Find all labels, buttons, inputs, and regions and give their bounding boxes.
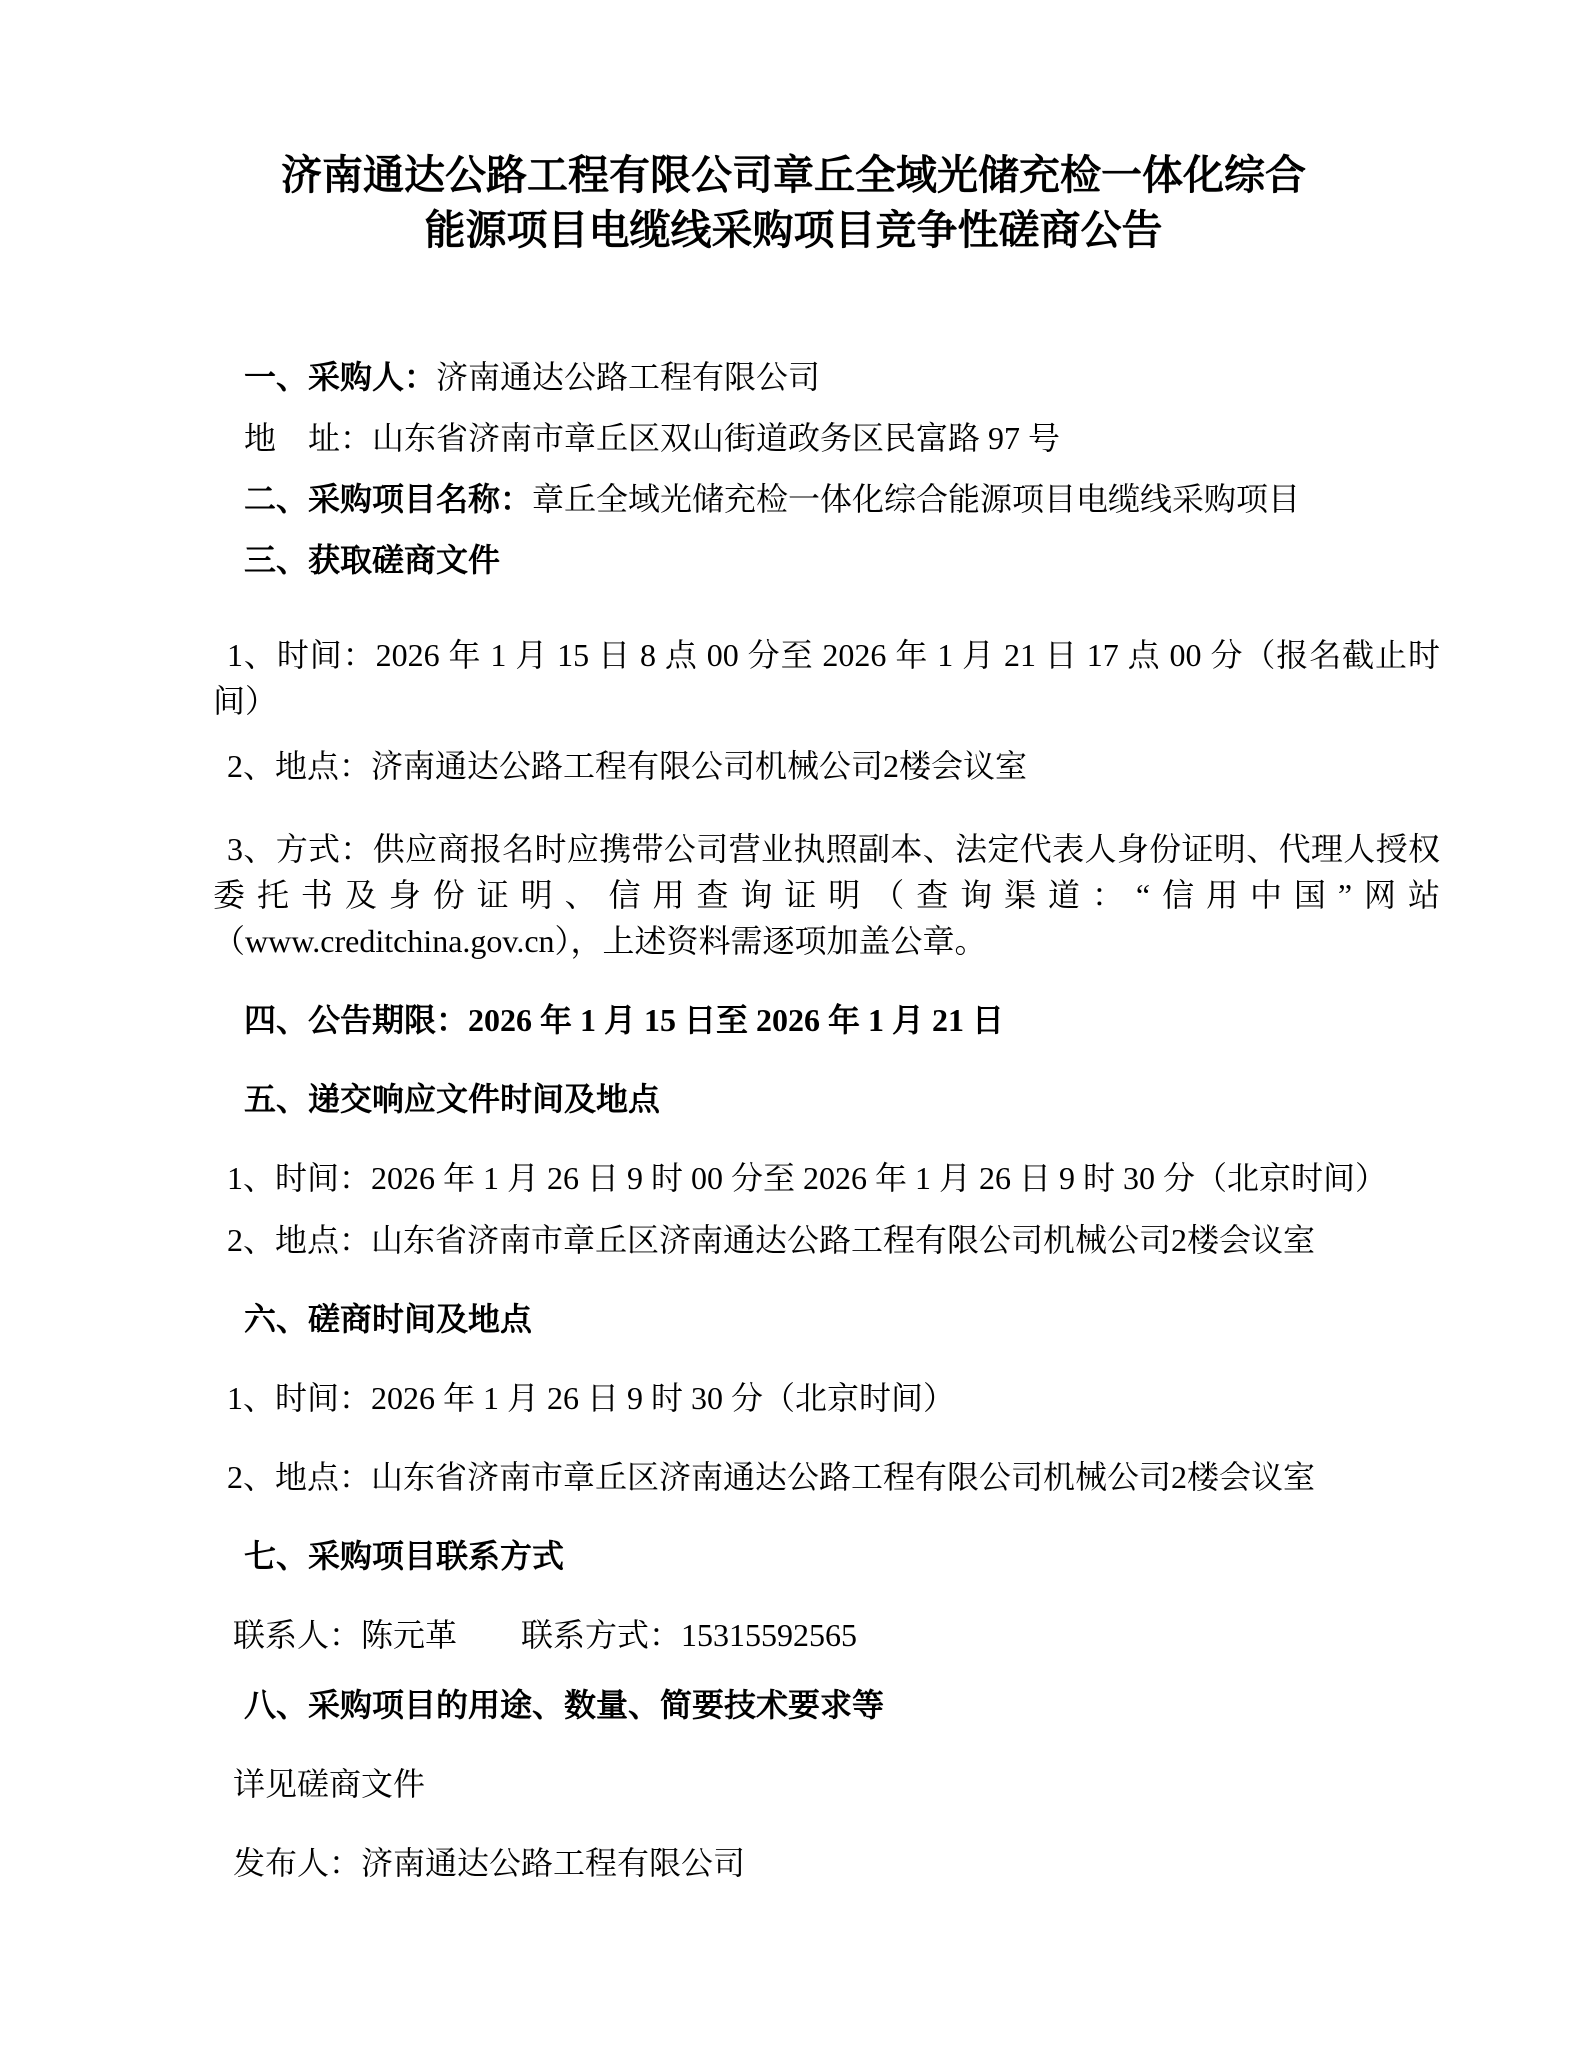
document-title-line1: 济南通达公路工程有限公司章丘全域光储充检一体化综合 — [0, 148, 1587, 203]
obtain-method-line: 3、方式：供应商报名时应携带公司营业执照副本、法定代表人身份证明、代理人授权委托… — [213, 826, 1440, 964]
publisher-line: 发布人：济南通达公路工程有限公司 — [213, 1840, 1440, 1886]
project-name-line: 二、采购项目名称：章丘全域光储充检一体化综合能源项目电缆线采购项目 — [213, 476, 1440, 522]
document-title-line2: 能源项目电缆线采购项目竞争性磋商公告 — [0, 203, 1587, 258]
contact-line: 联系人：陈元革 联系方式：15315592565 — [213, 1612, 1440, 1658]
project-name-label: 二、采购项目名称： — [244, 481, 532, 517]
section-contact-info: 七、采购项目联系方式 — [213, 1533, 1440, 1579]
purchaser-label: 一、采购人： — [244, 359, 436, 395]
submission-time-line: 1、时间：2026 年 1 月 26 日 9 时 00 分至 2026 年 1 … — [213, 1155, 1440, 1201]
purchaser-value: 济南通达公路工程有限公司 — [436, 359, 820, 395]
section-project-requirements: 八、采购项目的用途、数量、简要技术要求等 — [213, 1682, 1440, 1728]
negotiation-time-line: 1、时间：2026 年 1 月 26 日 9 时 30 分（北京时间） — [213, 1375, 1440, 1421]
document-body: 一、采购人：济南通达公路工程有限公司 地 址：山东省济南市章丘区双山街道政务区民… — [213, 354, 1440, 1886]
submission-place-line: 2、地点：山东省济南市章丘区济南通达公路工程有限公司机械公司2楼会议室 — [213, 1217, 1440, 1263]
negotiation-place-line: 2、地点：山东省济南市章丘区济南通达公路工程有限公司机械公司2楼会议室 — [213, 1454, 1440, 1500]
announcement-document: 济南通达公路工程有限公司章丘全域光储充检一体化综合 能源项目电缆线采购项目竞争性… — [0, 0, 1587, 2062]
address-line: 地 址：山东省济南市章丘区双山街道政务区民富路 97 号 — [213, 415, 1440, 461]
section-announcement-period: 四、公告期限：2026 年 1 月 15 日至 2026 年 1 月 21 日 — [213, 997, 1440, 1043]
document-title: 济南通达公路工程有限公司章丘全域光储充检一体化综合 能源项目电缆线采购项目竞争性… — [0, 148, 1587, 258]
obtain-time-line: 1、时间：2026 年 1 月 15 日 8 点 00 分至 2026 年 1 … — [213, 632, 1440, 724]
obtain-place-line: 2、地点：济南通达公路工程有限公司机械公司2楼会议室 — [213, 743, 1440, 789]
see-documents-line: 详见磋商文件 — [213, 1761, 1440, 1807]
section-negotiation-time-place: 六、磋商时间及地点 — [213, 1296, 1440, 1342]
project-name-value: 章丘全域光储充检一体化综合能源项目电缆线采购项目 — [532, 481, 1300, 517]
section-obtain-documents: 三、获取磋商文件 — [213, 537, 1440, 583]
purchaser-line: 一、采购人：济南通达公路工程有限公司 — [213, 354, 1440, 400]
section-response-submission: 五、递交响应文件时间及地点 — [213, 1076, 1440, 1122]
